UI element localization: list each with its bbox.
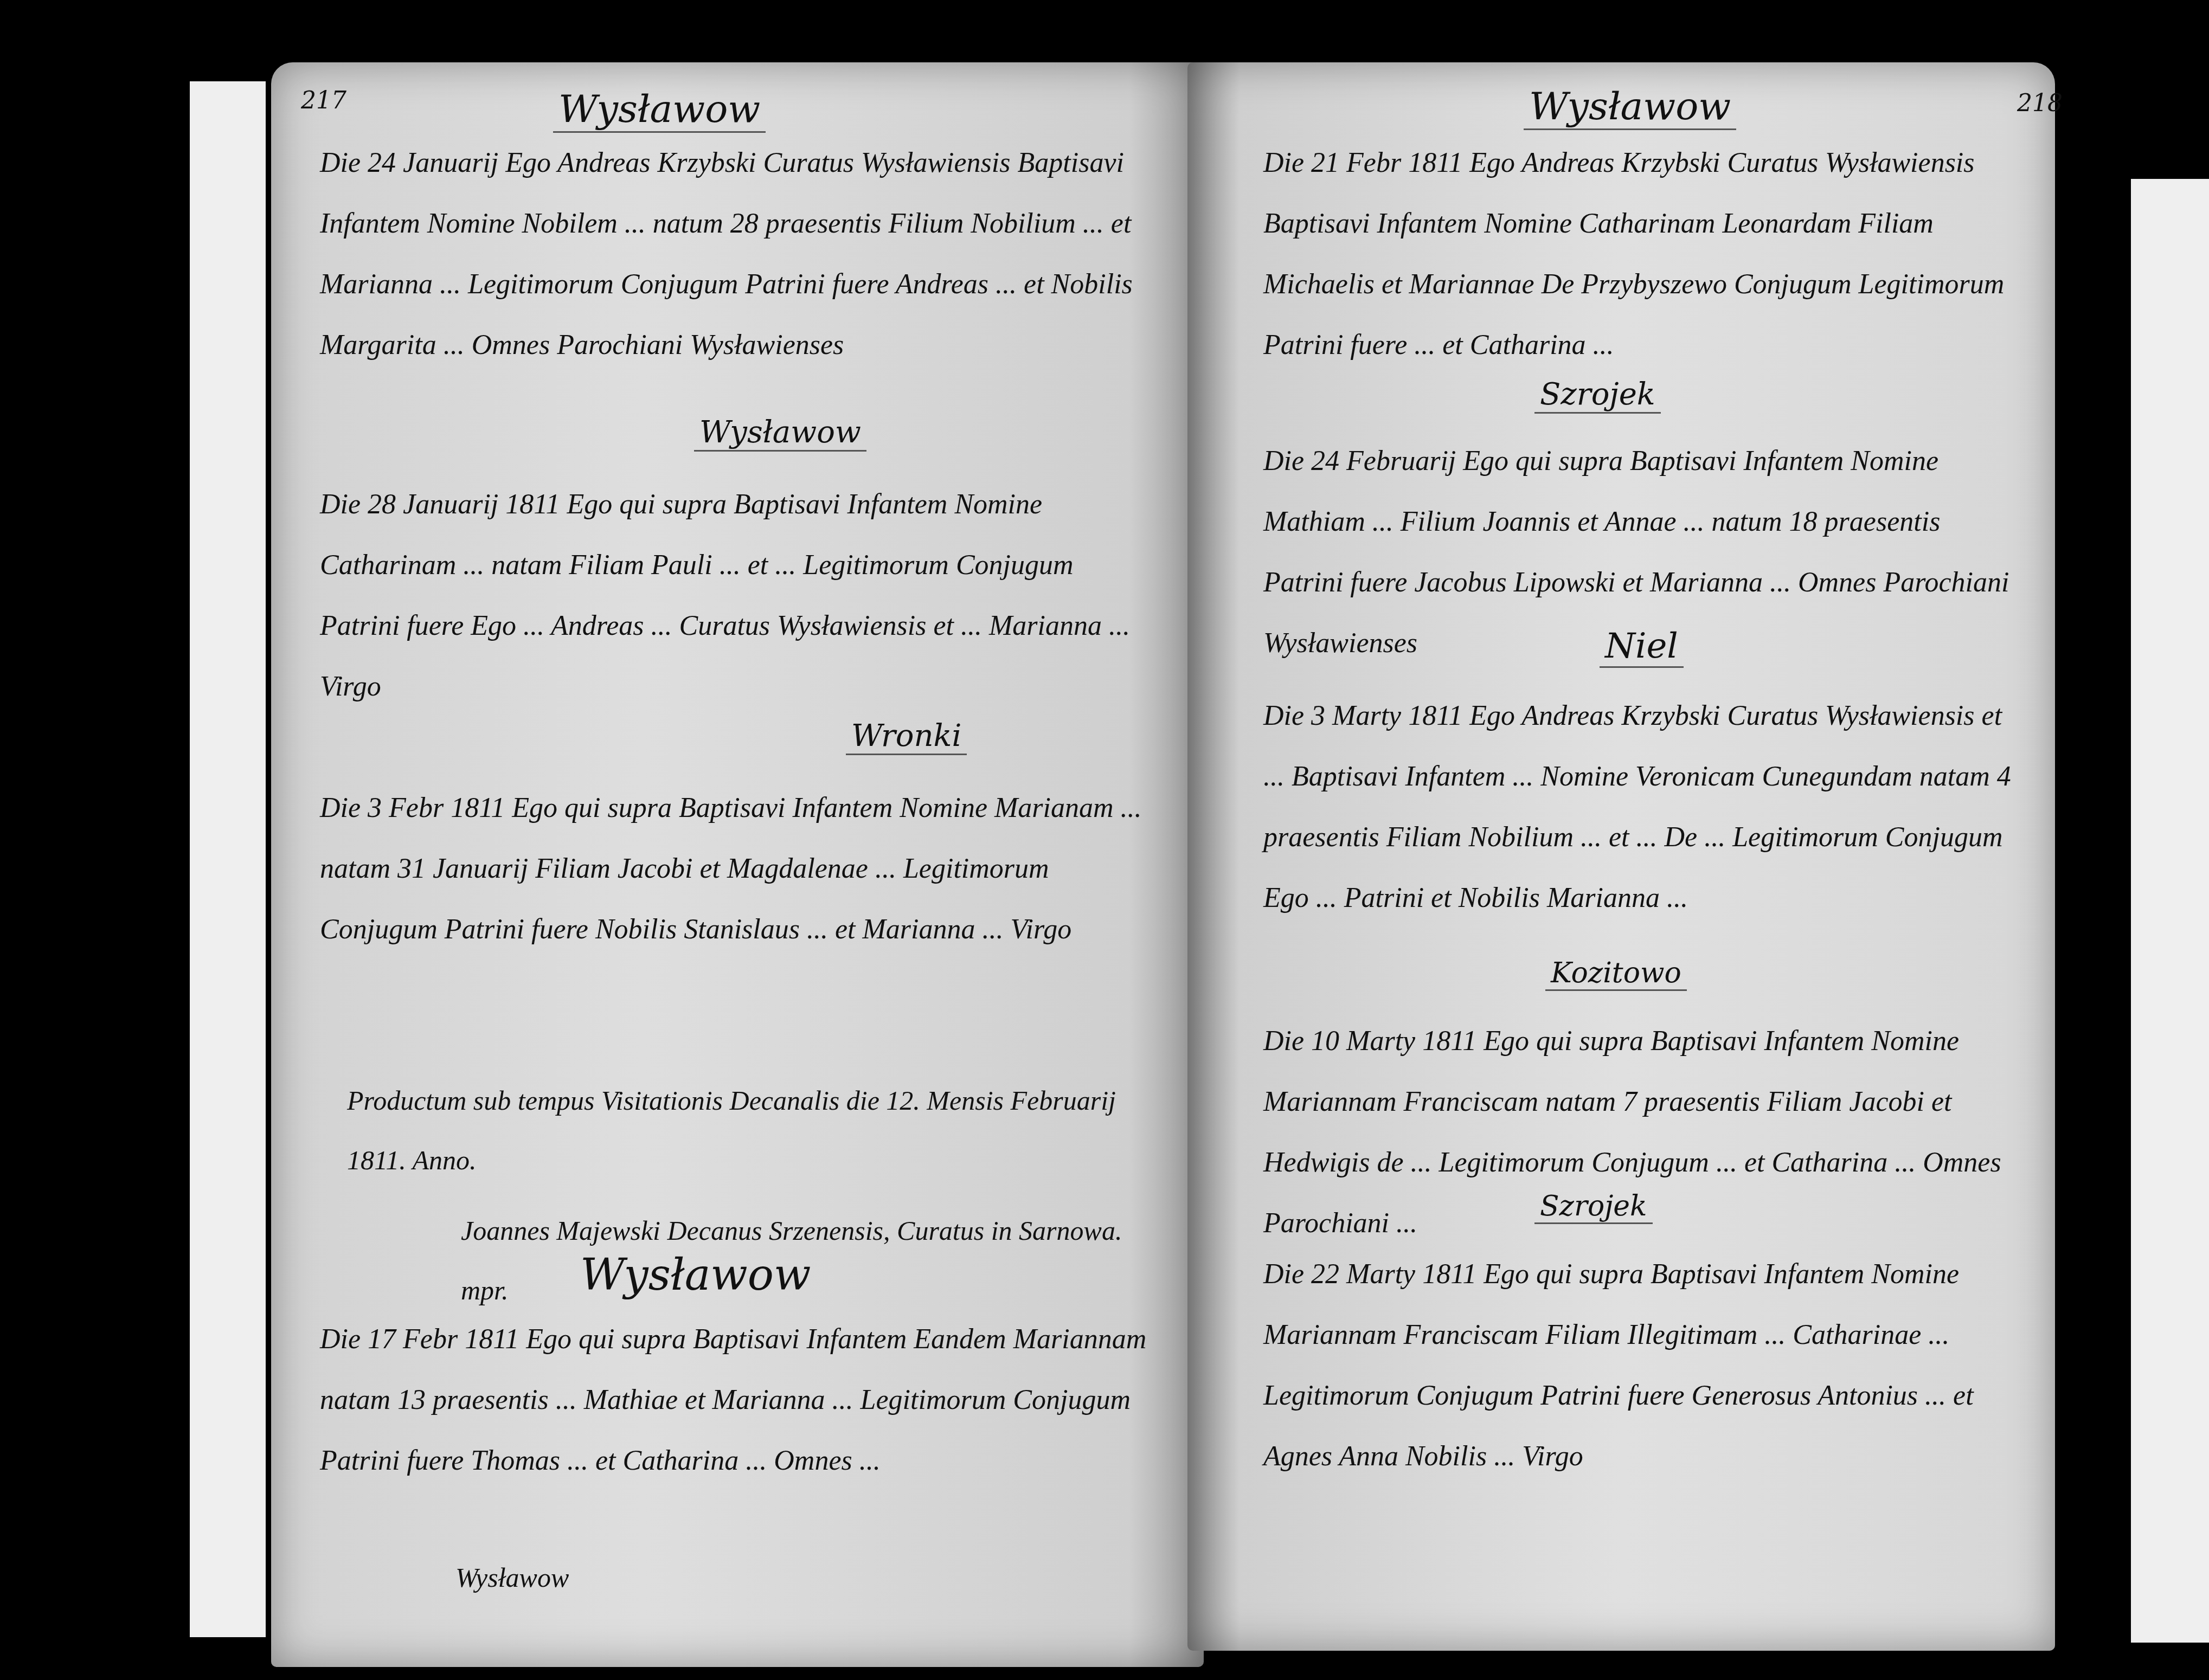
register-entry: Die 24 Februarij Ego qui supra Baptisavi… xyxy=(1263,431,2022,659)
page-heading: Wysławow xyxy=(553,87,766,133)
entry-heading: Wronki xyxy=(846,718,967,755)
right-page: 218 Wysławow Die 21 Febr 1811 Ego Andrea… xyxy=(1187,62,2055,1651)
entry-heading: Kozitowo xyxy=(1545,957,1687,991)
entry-heading: Wysławow xyxy=(575,1250,816,1300)
page-heading: Wysławow xyxy=(1524,84,1736,130)
page-number: 218 xyxy=(2017,89,2063,117)
entry-heading: Wysławow xyxy=(694,415,866,452)
entry-heading: Szrojek xyxy=(1534,377,1661,414)
entry-heading: Niel xyxy=(1600,626,1684,668)
register-entry: Die 28 Januarij 1811 Ego qui supra Bapti… xyxy=(320,474,1155,821)
footer-word: Wysławow xyxy=(455,1548,569,1607)
register-entry: Die 22 Marty 1811 Ego qui supra Baptisav… xyxy=(1263,1244,2022,1504)
entry-heading: Szrojek xyxy=(1534,1190,1653,1224)
register-entry: Die 17 Febr 1811 Ego qui supra Baptisavi… xyxy=(320,1309,1155,1526)
register-entry: Die 21 Febr 1811 Ego Andreas Krzybski Cu… xyxy=(1263,133,2022,382)
left-page: 217 Wysławow Die 24 Januarij Ego Andreas… xyxy=(271,62,1204,1667)
left-edge-strip xyxy=(190,81,266,1637)
register-entry: Die 3 Febr 1811 Ego qui supra Baptisavi … xyxy=(320,778,1155,1103)
register-entry: Die 3 Marty 1811 Ego Andreas Krzybski Cu… xyxy=(1263,686,2022,989)
visitation-note: Productum sub tempus Visitationis Decana… xyxy=(347,1071,1160,1190)
right-edge-strip xyxy=(2131,179,2209,1643)
page-number: 217 xyxy=(301,87,346,114)
